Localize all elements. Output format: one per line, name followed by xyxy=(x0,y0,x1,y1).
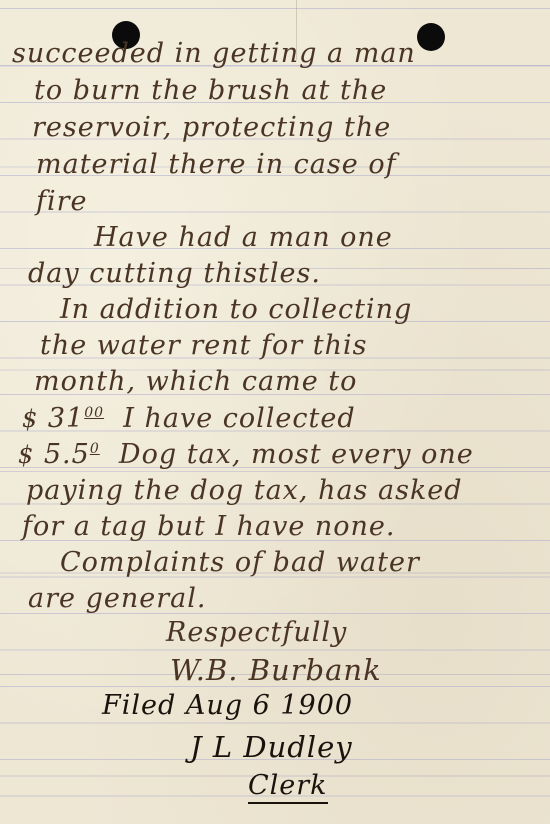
water-rent-whole: 31 xyxy=(48,403,84,434)
body-line-3: reservoir, protecting the xyxy=(32,112,391,143)
body-line-4: material there in case of xyxy=(36,149,397,180)
body-line-8: In addition to collecting xyxy=(60,294,412,325)
body-line-18: are general. xyxy=(28,583,206,614)
body-line-2: to burn the brush at the xyxy=(34,75,387,106)
body-line-15: paying the dog tax, has asked xyxy=(26,475,463,506)
body-line-17: Complaints of bad water xyxy=(60,547,420,578)
body-line-9: the water rent for this xyxy=(40,330,368,361)
dog-tax-line: $ 5.50 Dog tax, most every one xyxy=(18,439,474,470)
clerk-label: Clerk xyxy=(248,770,328,804)
filing-note: Filed Aug 6 1900 xyxy=(102,690,353,721)
closing: Respectfully xyxy=(166,617,347,648)
filing-signer: J L Dudley xyxy=(190,730,353,764)
body-line-16: for a tag but I have none. xyxy=(22,511,395,542)
collected-text: I have collected xyxy=(123,403,355,434)
body-line-5: fire xyxy=(36,186,88,217)
filing-title: Clerk xyxy=(248,770,328,801)
dollar-sign: $ xyxy=(22,405,38,433)
signature: W.B. Burbank xyxy=(170,653,382,687)
punch-hole-right xyxy=(417,23,445,51)
body-line-6: Have had a man one xyxy=(94,222,393,253)
body-line-10: month, which came to xyxy=(34,366,357,397)
dog-tax-text: Dog tax, most every one xyxy=(119,439,474,470)
water-rent-cents: 00 xyxy=(84,405,104,421)
dog-tax-cents: 0 xyxy=(90,441,100,457)
document-page: succeeded in getting a man to burn the b… xyxy=(0,0,550,824)
water-rent-amount-line: $ 3100 I have collected xyxy=(22,403,356,434)
dog-tax-whole: 5.5 xyxy=(44,439,90,470)
body-line-7: day cutting thistles. xyxy=(28,258,321,289)
dollar-sign: $ xyxy=(18,441,34,469)
body-line-1: succeeded in getting a man xyxy=(12,38,416,69)
